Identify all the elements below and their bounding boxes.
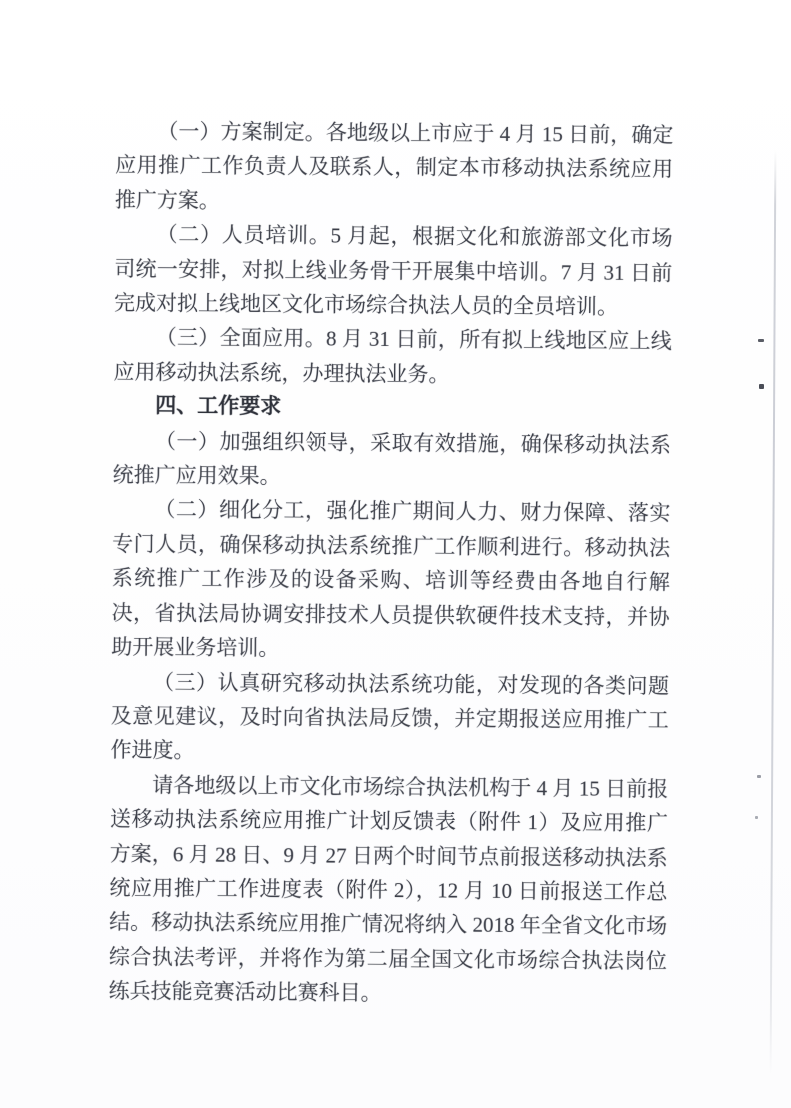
heading-work-requirements: 四、工作要求 bbox=[113, 389, 671, 428]
para-research-feedback: （三）认真研究移动执法系统功能，对发现的各类问题及意见建议，及时向省执法局反馈，… bbox=[110, 664, 669, 772]
scan-edge-line bbox=[770, 150, 777, 1075]
scan-speck bbox=[759, 384, 764, 389]
text-block: （一）方案制定。各地级以上市应于 4 月 15 日前，确定应用推广工作负责人及联… bbox=[108, 114, 673, 1013]
scan-speck bbox=[755, 816, 758, 819]
para-plan-formulation: （一）方案制定。各地级以上市应于 4 月 15 日前，确定应用推广工作负责人及联… bbox=[115, 114, 674, 222]
para-reporting-schedule: 请各地级以上市文化市场综合执法机构于 4 月 15 日前报送移动执法系统应用推广… bbox=[108, 768, 668, 1013]
scan-speck bbox=[758, 339, 764, 342]
para-full-application: （三）全面应用。8 月 31 日前，所有拟上线地区应上线应用移动执法系统，办理执… bbox=[113, 320, 672, 393]
para-strengthen-leadership: （一）加强组织领导，采取有效措施，确保移动执法系统推广应用效果。 bbox=[113, 423, 672, 496]
scan-speck bbox=[757, 775, 761, 778]
para-division-of-labor: （二）细化分工，强化推广期间人力、财力保障、落实专门人员，确保移动执法系统推广工… bbox=[111, 492, 670, 668]
para-personnel-training: （二）人员培训。5 月起，根据文化和旅游部文化市场司统一安排，对拟上线业务骨干开… bbox=[114, 217, 673, 325]
document-page: （一）方案制定。各地级以上市应于 4 月 15 日前，确定应用推广工作负责人及联… bbox=[0, 0, 791, 1108]
